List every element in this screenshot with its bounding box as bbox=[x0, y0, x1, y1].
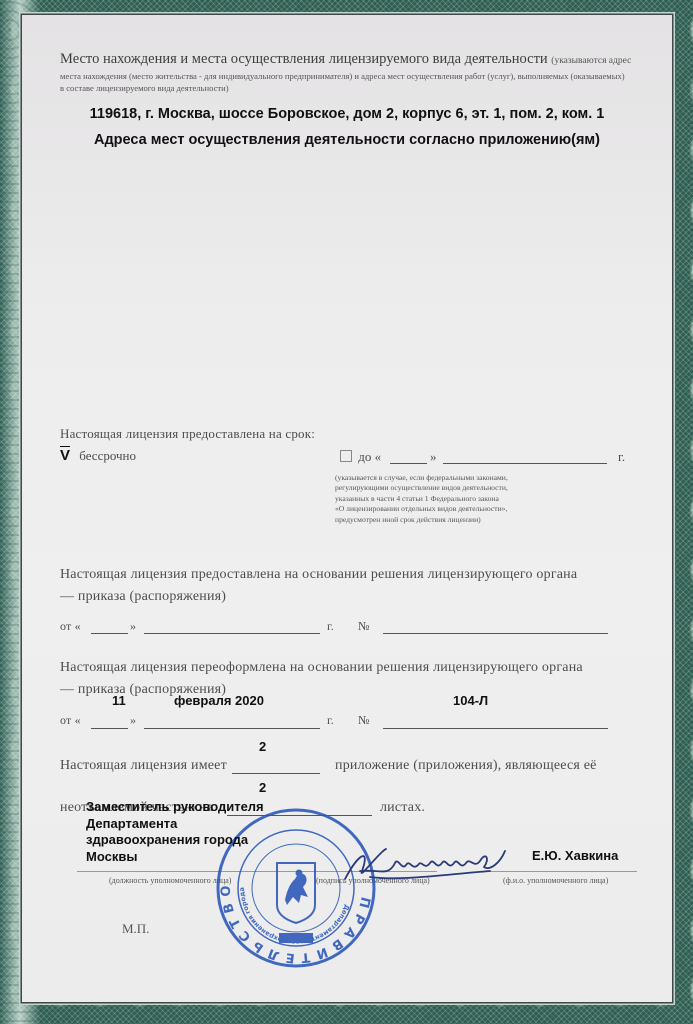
location-note-line-3: в составе лицензируемого вида деятельнос… bbox=[60, 83, 229, 93]
granted-date-field[interactable] bbox=[144, 633, 320, 634]
granted-day-field[interactable] bbox=[91, 633, 128, 634]
appendix-count-field[interactable] bbox=[232, 773, 320, 774]
reissued-quote-close: » bbox=[130, 713, 136, 728]
signatory-name: Е.Ю. Хавкина bbox=[532, 848, 618, 863]
granted-line-2: — приказа (распоряжения) bbox=[60, 589, 226, 605]
appendix-sheets: 2 bbox=[259, 780, 266, 795]
appendix-line-1-prefix: Настоящая лицензия имеет bbox=[60, 758, 227, 774]
until-prefix: до « bbox=[358, 449, 381, 464]
granted-quote-close: » bbox=[130, 619, 136, 634]
seal-label: М.П. bbox=[122, 921, 149, 937]
reissued-day-field[interactable] bbox=[91, 728, 128, 729]
granted-from-label: от « bbox=[60, 619, 81, 634]
location-note-line-2: места нахождения (место жительства - для… bbox=[60, 71, 625, 81]
location-heading-note: (указываются адрес bbox=[551, 56, 631, 66]
until-mid: » bbox=[430, 449, 437, 465]
term-note-line: регулирующими осуществление видов деятел… bbox=[335, 483, 508, 493]
granted-year-label: г. bbox=[327, 619, 334, 634]
granted-number-field[interactable] bbox=[383, 633, 608, 634]
until-checkbox[interactable] bbox=[340, 450, 352, 462]
signatory-position-line: Департамента bbox=[86, 816, 264, 833]
term-note-line: указанных в части 4 статьи 1 Федеральног… bbox=[335, 494, 508, 504]
appendix-line-1-suffix: приложение (приложения), являющееся её bbox=[335, 758, 597, 774]
address: 119618, г. Москва, шоссе Боровское, дом … bbox=[22, 106, 672, 122]
signatory-position: Заместитель руководителя Департамента зд… bbox=[86, 799, 264, 865]
reissued-line-1: Настоящая лицензия переоформлена на осно… bbox=[60, 660, 583, 676]
term-note-line: «О лицензировании отдельных видов деятел… bbox=[335, 504, 508, 514]
signatory-position-line: здравоохранения города bbox=[86, 832, 264, 849]
reissued-number-label: № bbox=[358, 713, 370, 728]
reissued-day: 11 bbox=[112, 693, 126, 708]
reissued-from-label: от « bbox=[60, 713, 81, 728]
handwritten-signature bbox=[340, 841, 540, 891]
until-suffix: г. bbox=[618, 449, 625, 465]
location-heading-text: Место нахождения и места осуществления л… bbox=[60, 51, 548, 67]
signatory-position-line: Москвы bbox=[86, 849, 264, 866]
reissued-year-label: г. bbox=[327, 713, 334, 728]
signatory-position-line: Заместитель руководителя bbox=[86, 799, 264, 816]
term-note: (указывается в случае, если федеральными… bbox=[335, 473, 508, 525]
unlimited-label: бессрочно bbox=[79, 448, 136, 463]
reissued-month-year: февраля 2020 bbox=[174, 693, 264, 708]
location-heading: Место нахождения и места осуществления л… bbox=[60, 51, 631, 68]
reissued-number: 104-Л bbox=[453, 693, 488, 708]
term-unlimited: V бессрочно bbox=[60, 447, 136, 464]
term-label: Настоящая лицензия предоставлена на срок… bbox=[60, 426, 315, 442]
granted-number-label: № bbox=[358, 619, 370, 634]
term-note-line: предусмотрен иной срок действия лицензии… bbox=[335, 515, 508, 525]
license-page: Место нахождения и места осуществления л… bbox=[22, 15, 672, 1002]
address-appendix: Адреса мест осуществления деятельности с… bbox=[22, 132, 672, 148]
term-until: до « bbox=[340, 449, 381, 465]
appendix-line-2-suffix: листах. bbox=[380, 800, 425, 816]
until-day-field[interactable] bbox=[390, 463, 427, 464]
term-note-line: (указывается в случае, если федеральными… bbox=[335, 473, 508, 483]
reissued-number-field[interactable] bbox=[383, 728, 608, 729]
appendix-count: 2 bbox=[259, 739, 266, 754]
until-date-field[interactable] bbox=[443, 463, 607, 464]
unlimited-checkbox-checked[interactable]: V bbox=[60, 447, 70, 464]
reissued-date-field[interactable] bbox=[144, 728, 320, 729]
granted-line-1: Настоящая лицензия предоставлена на осно… bbox=[60, 567, 577, 583]
